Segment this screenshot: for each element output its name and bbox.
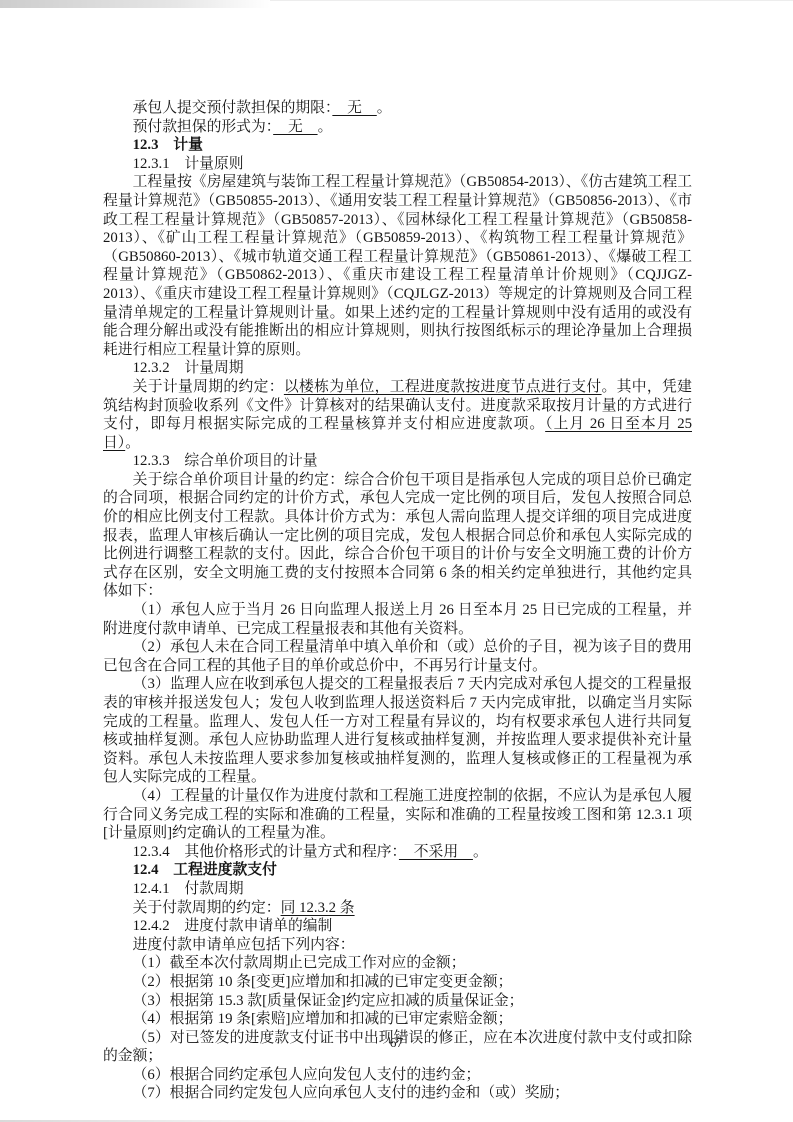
scan-top-left-shadow — [0, 0, 270, 8]
clause-12-3-1-body: 工程量按《房屋建筑与装饰工程工程量计算规范》（GB50854-2013）、《仿古… — [103, 173, 692, 359]
prepayment-guarantee-form-line: 预付款担保的形式为： 无 。 — [103, 118, 692, 137]
text-run: （4）根据第 19 条[索赔]应增加和扣减的已审定索赔金额； — [133, 1011, 513, 1027]
text-run: （3）根据第 15.3 款[质量保证金]约定应扣减的质量保证金； — [133, 993, 524, 1009]
filled-in-value: 无 — [273, 119, 317, 135]
page-number: 67 — [0, 1035, 793, 1051]
text-run: 。 — [473, 844, 488, 860]
clause-12-4-2-item-4: （4）根据第 19 条[索赔]应增加和扣减的已审定索赔金额； — [103, 1010, 692, 1029]
text-run: （6）根据合同约定承包人应向发包人支付的违约金； — [133, 1067, 481, 1083]
text-run: 。 — [318, 119, 333, 135]
text-run: 工程量按《房屋建筑与装饰工程工程量计算规范》（GB50854-2013）、《仿古… — [103, 174, 692, 357]
clause-12-4-2-item-3: （3）根据第 15.3 款[质量保证金]约定应扣减的质量保证金； — [103, 992, 692, 1011]
text-run: 12.3 计量 — [133, 137, 203, 153]
text-run: 12.4.2 进度付款申请单的编制 — [133, 918, 333, 934]
clause-12-3-heading: 12.3 计量 — [103, 136, 692, 155]
clause-12-3-1-heading: 12.3.1 计量原则 — [103, 155, 692, 174]
clause-12-4-1-body: 关于付款周期的约定：同 12.3.2 条 — [103, 899, 692, 918]
clause-12-4-2-intro: 进度付款申请单应包括下列内容： — [103, 936, 692, 955]
clause-12-4-1-heading: 12.4.1 付款周期 — [103, 880, 692, 899]
filled-in-value: 无 — [332, 100, 376, 116]
text-run: 关于综合单价项目计量的约定：综合合价包干项目是指承包人完成的项目总价已确定的合同… — [103, 472, 692, 600]
text-run: 。 — [377, 100, 392, 116]
text-run: （3）监理人应在收到承包人提交的工程量报表后 7 天内完成对承包人提交的工程量报… — [103, 676, 692, 785]
clause-12-4-2-item-1: （1）截至本次付款周期止已完成工作对应的金额； — [103, 954, 692, 973]
text-run: （1）截至本次付款周期止已完成工作对应的金额； — [133, 955, 466, 971]
text-run: 12.4.1 付款周期 — [133, 881, 244, 897]
clause-12-4-2-item-7: （7）根据合同约定发包人应向承包人支付的违约金和（或）奖励； — [103, 1084, 692, 1103]
text-run: 12.3.4 其他价格形式的计量方式和程序： — [133, 844, 399, 860]
clause-12-3-3-item-4: （4）工程量的计量仅作为进度付款和工程施工进度控制的依据，不应认为是承包人履行合… — [103, 787, 692, 843]
text-run: 关于付款周期的约定： — [133, 900, 281, 916]
document-page: 承包人提交预付款担保的期限： 无 。预付款担保的形式为： 无 。12.3 计量1… — [0, 0, 793, 1122]
clause-12-3-2-body: 关于计量周期的约定：以楼栋为单位，工程进度款按进度节点进行支付。其中，凭建筑结构… — [103, 378, 692, 452]
clause-12-3-3-item-3: （3）监理人应在收到承包人提交的工程量报表后 7 天内完成对承包人提交的工程量报… — [103, 675, 692, 787]
text-run: 关于计量周期的约定： — [133, 379, 284, 395]
text-run: 12.3.2 计量周期 — [133, 360, 244, 376]
text-run: 承包人提交预付款担保的期限： — [133, 100, 333, 116]
clause-12-3-3-body: 关于综合单价项目计量的约定：综合合价包干项目是指承包人完成的项目总价已确定的合同… — [103, 471, 692, 601]
clause-12-4-2-item-2: （2）根据第 10 条[变更]应增加和扣减的已审定变更金额； — [103, 973, 692, 992]
text-run: 12.3.1 计量原则 — [133, 156, 244, 172]
clause-12-3-4-line: 12.3.4 其他价格形式的计量方式和程序： 不采用 。 — [103, 843, 692, 862]
text-run: 12.3.3 综合单价项目的计量 — [133, 453, 318, 469]
text-run: 12.4 工程进度款支付 — [133, 862, 277, 878]
text-run: （1）承包人应于当月 26 日向监理人报送上月 26 日至本月 25 日已完成的… — [103, 602, 692, 637]
filled-in-value: 同 12.3.2 条 — [281, 900, 355, 916]
clause-12-3-3-heading: 12.3.3 综合单价项目的计量 — [103, 452, 692, 471]
text-run: 。 — [125, 435, 140, 451]
clause-12-3-2-heading: 12.3.2 计量周期 — [103, 359, 692, 378]
text-run: （7）根据合同约定发包人应向承包人支付的违约金和（或）奖励； — [133, 1085, 570, 1101]
clause-12-4-2-heading: 12.4.2 进度付款申请单的编制 — [103, 917, 692, 936]
clause-12-3-3-item-1: （1）承包人应于当月 26 日向监理人报送上月 26 日至本月 25 日已完成的… — [103, 601, 692, 638]
filled-in-value: 不采用 — [399, 844, 473, 860]
text-run: 进度付款申请单应包括下列内容： — [133, 937, 355, 953]
text-run: 预付款担保的形式为： — [133, 119, 274, 135]
clause-12-4-heading: 12.4 工程进度款支付 — [103, 861, 692, 880]
text-run: （2）根据第 10 条[变更]应增加和扣减的已审定变更金额； — [133, 974, 513, 990]
prepayment-guarantee-term-line: 承包人提交预付款担保的期限： 无 。 — [103, 99, 692, 118]
text-run: （4）工程量的计量仅作为进度付款和工程施工进度控制的依据，不应认为是承包人履行合… — [103, 788, 692, 841]
document-body: 承包人提交预付款担保的期限： 无 。预付款担保的形式为： 无 。12.3 计量1… — [103, 99, 692, 1103]
clause-12-4-2-item-6: （6）根据合同约定承包人应向发包人支付的违约金； — [103, 1066, 692, 1085]
filled-in-value: 以楼栋为单位，工程进度款按进度节点进行支付 — [284, 379, 602, 395]
text-run: （2）承包人未在合同工程量清单中填入单价和（或）总价的子目，视为该子目的费用已包… — [103, 639, 692, 674]
clause-12-3-3-item-2: （2）承包人未在合同工程量清单中填入单价和（或）总价的子目，视为该子目的费用已包… — [103, 638, 692, 675]
